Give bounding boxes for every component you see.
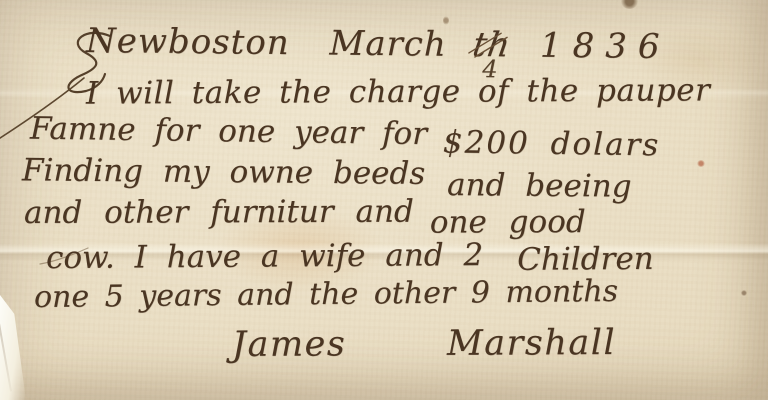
line-5-text-b: Children: [517, 241, 654, 278]
corner-tear: [0, 295, 26, 400]
date-ordinal-group: th 4: [472, 25, 510, 65]
date-month: March: [329, 23, 447, 64]
line-6-text: one 5 years and the other 9 months: [34, 274, 618, 315]
line-1-text: I will take the charge of the pauper: [86, 72, 711, 111]
place-name: Newboston: [86, 21, 290, 63]
ink-tick-mark: [443, 16, 449, 25]
letter-line-5: cow. I have a wife and 2Children: [46, 236, 654, 276]
signature-first-name: James: [232, 324, 346, 365]
letter-line-6: one 5 years and the other 9 months: [34, 274, 618, 315]
ink-dot: [741, 290, 747, 296]
line-5-text: cow. I have a wife and 2: [46, 237, 483, 276]
signature-last-name: Marshall: [447, 323, 616, 364]
line-4-text: and other furnitur and: [24, 194, 414, 231]
line-2-text: Famne for one year for: [30, 111, 428, 153]
line-4-text-b: one good: [430, 204, 586, 241]
red-speck: [697, 160, 705, 167]
ink-stain-top: [621, 0, 638, 9]
letter-page: Newboston March th 4 1836 I will take th…: [0, 0, 768, 400]
corner-tear-edge: [0, 301, 12, 392]
letter-line-2: Famne for one year for$200 dolars: [30, 111, 661, 156]
heading-line: Newboston March th 4 1836: [86, 21, 671, 67]
letter-line-1: I will take the charge of the pauper: [86, 72, 711, 111]
signature-line: James Marshall: [232, 323, 616, 365]
line-3-text: Finding my owne beeds: [22, 152, 426, 192]
letter-line-3: Finding my owne beedsand beeing: [22, 152, 632, 193]
letter-line-4: and other furnitur andone good: [24, 193, 586, 231]
date-year: 1836: [540, 26, 671, 67]
